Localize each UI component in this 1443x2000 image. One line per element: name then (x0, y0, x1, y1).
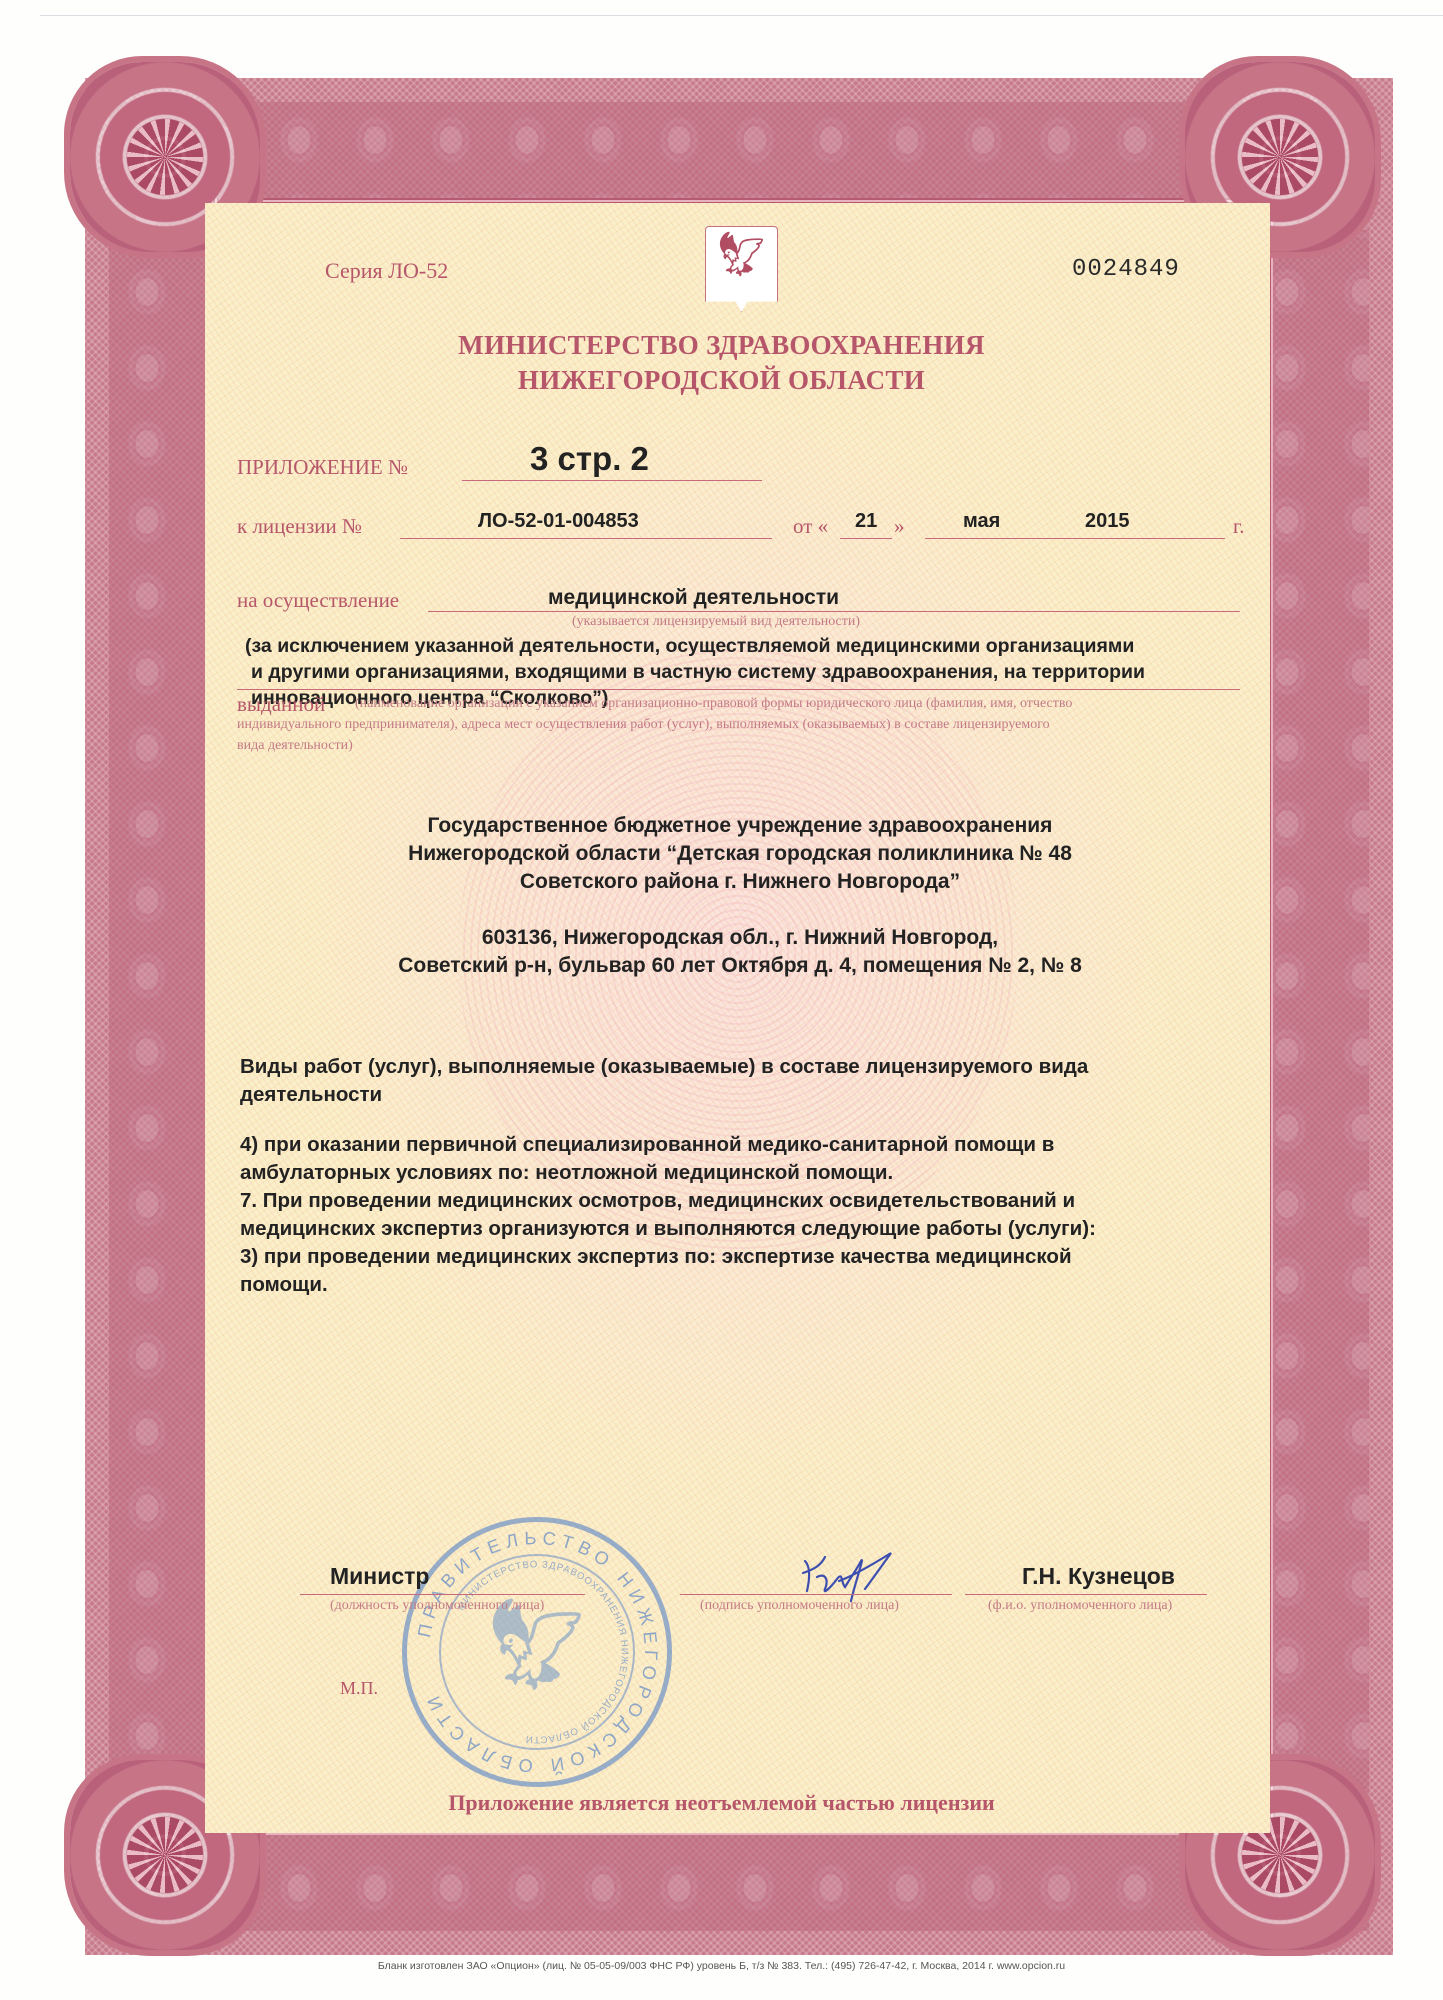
license-month: мая (963, 510, 1000, 533)
activity-exception-line: и другими организациями, входящими в час… (245, 659, 1145, 685)
signature-hint: (подпись уполномоченного лица) (700, 1598, 899, 1614)
serial-number: 0024849 (1072, 256, 1180, 283)
activity-label: на осуществление (237, 588, 399, 613)
license-label: к лицензии № (237, 514, 362, 539)
license-day-close: » (894, 514, 905, 539)
seal-place-label: М.П. (340, 1678, 378, 1699)
activity-underline (428, 611, 1240, 612)
services-heading: Виды работ (услуг), выполняемые (оказыва… (240, 1053, 1088, 1109)
services-heading-line: Виды работ (услуг), выполняемые (оказыва… (240, 1053, 1088, 1081)
license-number: ЛО-52-01-004853 (478, 510, 639, 533)
issued-hint-line: вида деятельности) (237, 738, 353, 754)
name-hint: (ф.и.о. уполномоченного лица) (988, 1598, 1172, 1614)
organization-address-line: 603136, Нижегородская обл., г. Нижний Но… (300, 924, 1180, 952)
activity-value: медицинской деятельности (548, 586, 839, 610)
name-underline (965, 1594, 1207, 1595)
issued-label: выданной (237, 692, 325, 717)
activity-exception-line: (за исключением указанной деятельности, … (245, 633, 1145, 659)
appendix-number: 3 стр. 2 (530, 440, 649, 478)
service-item-line: 3) при проведении медицинских экспертиз … (240, 1243, 1096, 1271)
exception-underline (237, 689, 1240, 690)
service-item-line: помощи. (240, 1271, 1096, 1299)
series-label: Серия ЛО-52 (325, 258, 448, 284)
activity-hint: (указывается лицензируемый вид деятельно… (572, 614, 860, 630)
license-year: 2015 (1085, 510, 1130, 533)
license-appendix-sheet: Серия ЛО-52 0024849 🦅︎ МИНИСТЕРСТВО ЗДРА… (0, 0, 1443, 2000)
issued-hint-line: (наименование организации с указанием ор… (355, 696, 1072, 712)
license-number-underline (400, 538, 772, 539)
service-item-line: медицинских экспертиз организуются и вып… (240, 1215, 1096, 1243)
service-item-line: амбулаторных условиях по: неотложной мед… (240, 1159, 1096, 1187)
appendix-label: ПРИЛОЖЕНИЕ № (237, 455, 408, 480)
service-item-line: 7. При проведении медицинских осмотров, … (240, 1187, 1096, 1215)
service-item-line: 4) при оказании первичной специализирова… (240, 1131, 1096, 1159)
issued-hint-line: индивидуального предпринимателя), адреса… (237, 717, 1050, 733)
ministry-title-line-2: НИЖЕГОРОДСКОЙ ОБЛАСТИ (0, 365, 1443, 396)
signatory-position: Министр (330, 1563, 429, 1590)
services-heading-line: деятельности (240, 1081, 1088, 1109)
appendix-underline (462, 480, 762, 481)
coat-of-arms-shield: 🦅︎ (705, 226, 778, 312)
position-hint: (должность уполномоченного лица) (330, 1598, 544, 1614)
russian-coat-of-arms-icon: 🦅︎ (706, 233, 777, 277)
organization-address-line: Советский р-н, бульвар 60 лет Октября д.… (300, 952, 1180, 980)
services-list: 4) при оказании первичной специализирова… (240, 1131, 1096, 1299)
printer-note: Бланк изготовлен ЗАО «Опцион» (лиц. № 05… (0, 1960, 1443, 1972)
organization-name-line: Нижегородской области “Детская городская… (300, 840, 1180, 868)
license-day-underline (840, 538, 892, 539)
ministry-title-line-1: МИНИСТЕРСТВО ЗДРАВООХРАНЕНИЯ (0, 330, 1443, 361)
official-seal-stamp: ПРАВИТЕЛЬСТВО НИЖЕГОРОДСКОЙ ОБЛАСТИ МИНИ… (402, 1517, 672, 1787)
signatory-name: Г.Н. Кузнецов (1022, 1563, 1175, 1590)
integral-part-statement: Приложение является неотъемлемой частью … (0, 1790, 1443, 1816)
position-underline (300, 1594, 585, 1595)
organization-name: Государственное бюджетное учреждение здр… (300, 812, 1180, 896)
license-date-underline (925, 538, 1225, 539)
organization-address: 603136, Нижегородская обл., г. Нижний Но… (300, 924, 1180, 980)
scan-edge-line (40, 15, 1443, 16)
license-date-from-label: от « (793, 514, 828, 539)
license-day: 21 (855, 510, 877, 533)
organization-name-line: Советского района г. Нижнего Новгорода” (300, 868, 1180, 896)
signature-underline (680, 1594, 952, 1595)
organization-name-line: Государственное бюджетное учреждение здр… (300, 812, 1180, 840)
license-year-suffix: г. (1233, 514, 1245, 539)
